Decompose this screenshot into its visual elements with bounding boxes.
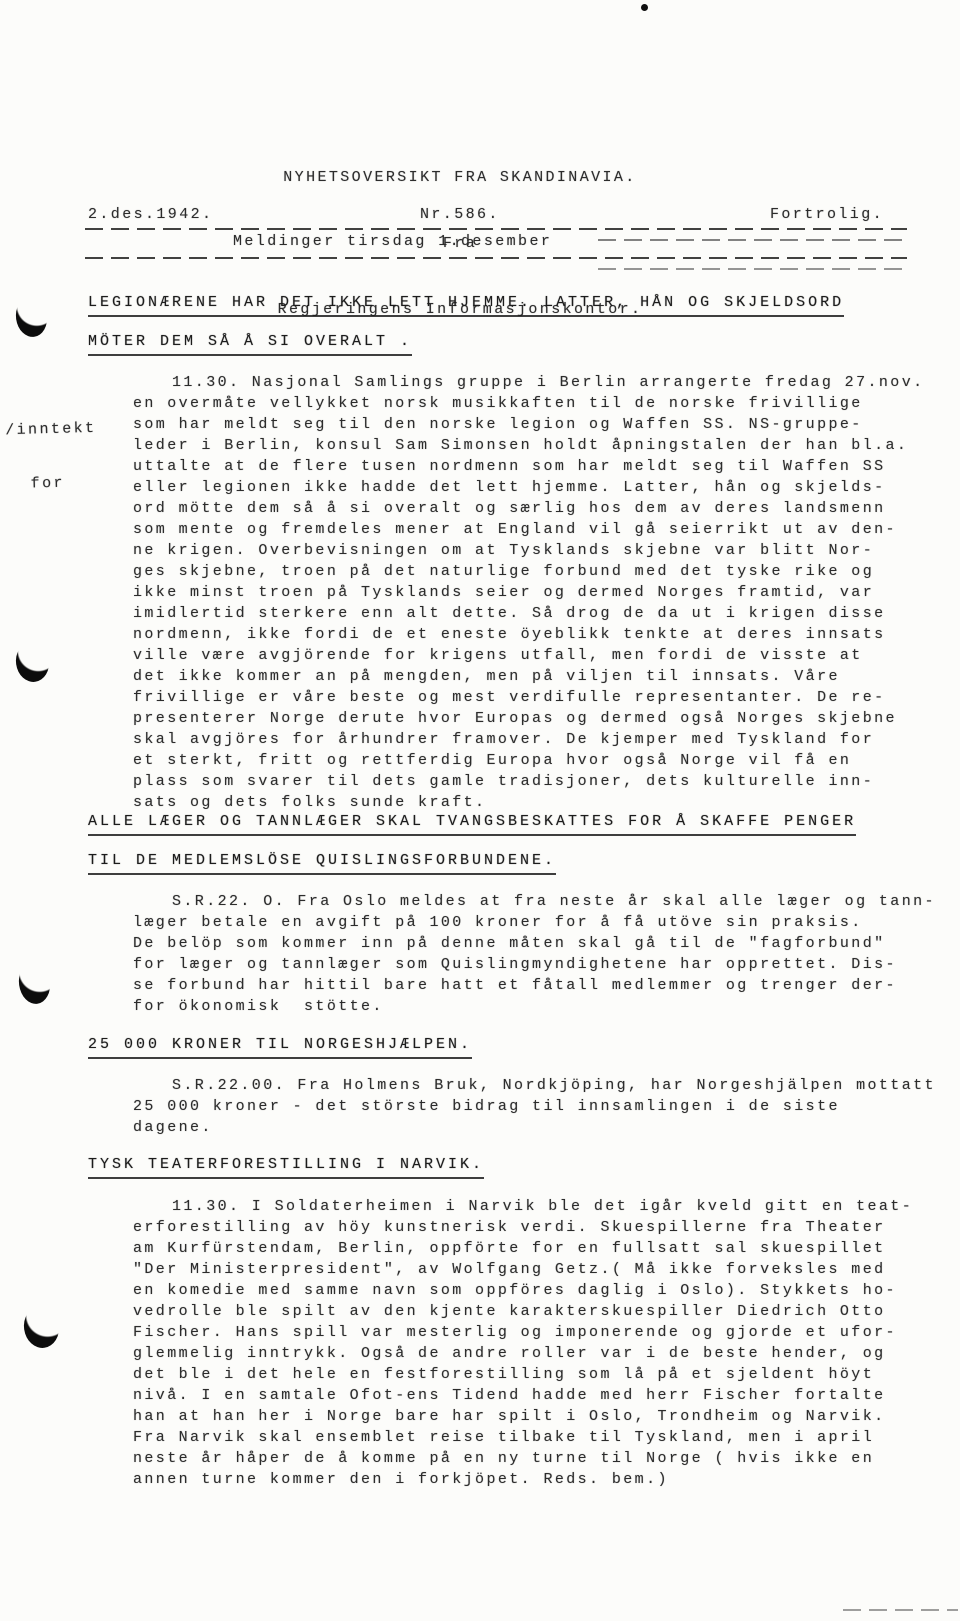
section-heading-teater: TYSK TEATERFORESTILLING I NARVIK. [88, 1155, 484, 1194]
body-line: ges skjebne, troen på det naturlige forb… [133, 561, 925, 582]
body-line: 11.30. I Soldaterheimen i Narvik ble det… [133, 1196, 913, 1217]
body-line: han at han her i Norge bare har spilt i … [133, 1406, 913, 1427]
divider-dashed [843, 1609, 958, 1611]
ink-dot [641, 4, 648, 11]
heading-line: LEGIONÆRENE HAR DET IKKE LETT HJEMME. LA… [88, 293, 844, 317]
body-line: et sterkt, fritt og rettferdig Europa hv… [133, 750, 925, 771]
body-line: som mente og fremdeles mener at England … [133, 519, 925, 540]
body-line: det ikke kommer an på mengden, men på vi… [133, 666, 925, 687]
body-line: glemmelig inntrykk. Også de andre roller… [133, 1343, 913, 1364]
body-line: am Kurfürstendam, Berlin, oppförte for e… [133, 1238, 913, 1259]
body-line: som har meldt seg til den norske legion … [133, 414, 925, 435]
body-line: Fischer. Hans spill var mesterlig og imp… [133, 1322, 913, 1343]
section-heading-laeger: ALLE LÆGER OG TANNLÆGER SKAL TVANGSBESKA… [88, 812, 856, 890]
body-line: uttalte at de flere tusen nordmenn som h… [133, 456, 925, 477]
margin-annotation-line: for [30, 474, 98, 494]
body-line: frivillige er våre beste og mest verdifu… [133, 687, 925, 708]
body-line: det ble i det hele en festforestilling s… [133, 1364, 913, 1385]
heading-line: 25 000 KRONER TIL NORGESHJÆLPEN. [88, 1035, 472, 1059]
body-line: skal avgjöres for århundrer framover. De… [133, 729, 925, 750]
section-body-laeger: S.R.22. O. Fra Oslo meldes at fra neste … [133, 891, 936, 1017]
body-line: ville være avgjörende for krigens utfall… [133, 645, 925, 666]
body-line: sats og dets folks sunde kraft. [133, 792, 925, 813]
margin-annotation: /inntekt for [4, 384, 99, 530]
heading-line: ALLE LÆGER OG TANNLÆGER SKAL TVANGSBESKA… [88, 812, 856, 836]
body-line: S.R.22. O. Fra Oslo meldes at fra neste … [133, 891, 936, 912]
body-line: ne krigen. Overbevisningen om at Tysklan… [133, 540, 925, 561]
body-line: for ökonomisk stötte. [133, 996, 936, 1017]
body-line: en overmåte vellykket norsk musikkaften … [133, 393, 925, 414]
body-line: se forbund har hittil bare hatt et fåtal… [133, 975, 936, 996]
divider-dashed [85, 257, 907, 259]
heading-line: TIL DE MEDLEMSLÖSE QUISLINGSFORBUNDENE. [88, 851, 556, 875]
body-line: 11.30. Nasjonal Samlings gruppe i Berlin… [133, 372, 925, 393]
body-line: leder i Berlin, konsul Sam Simonsen hold… [133, 435, 925, 456]
ink-crescent-mark [21, 1304, 62, 1350]
body-line: S.R.22.00. Fra Holmens Bruk, Nordkjöping… [133, 1075, 936, 1096]
heading-line: TYSK TEATERFORESTILLING I NARVIK. [88, 1155, 484, 1179]
body-line: eller legionen ikke hadde det lett hjemm… [133, 477, 925, 498]
body-line: erforestilling av höy kunstnerisk verdi.… [133, 1217, 913, 1238]
ink-crescent-mark [16, 960, 53, 1006]
body-line: for læger og tannlæger som Quislingmyndi… [133, 954, 936, 975]
body-line: nivå. I en samtale Ofot-ens Tidend hadde… [133, 1385, 913, 1406]
divider-dashed [598, 268, 906, 270]
heading-line: MÖTER DEM SÅ Å SI OVERALT . [88, 332, 412, 356]
body-line: plass som svarer til dets gamle tradisjo… [133, 771, 925, 792]
margin-annotation-line: /inntekt [5, 420, 97, 440]
body-line: ord mötte dem så å si overalt og særlig … [133, 498, 925, 519]
body-line: læger betale en avgift på 100 kroner for… [133, 912, 936, 933]
scanned-news-bulletin-page: NYHETSOVERSIKT FRA SKANDINAVIA. Fra Regj… [0, 0, 960, 1621]
section-heading-norgeshjaelpen: 25 000 KRONER TIL NORGESHJÆLPEN. [88, 1035, 472, 1074]
classification-label: Fortrolig. [770, 204, 884, 225]
body-line: vedrolle ble spilt av den kjente karakte… [133, 1301, 913, 1322]
section-heading-legionaerene: LEGIONÆRENE HAR DET IKKE LETT HJEMME. LA… [88, 293, 844, 371]
body-line: neste år håper de å komme på en ny turne… [133, 1448, 913, 1469]
body-line: en komedie med samme navn som oppföres d… [133, 1280, 913, 1301]
section-body-legionaerene: 11.30. Nasjonal Samlings gruppe i Berlin… [133, 372, 925, 813]
body-line: 25 000 kroner - det störste bidrag til i… [133, 1096, 936, 1117]
body-line: presenterer Norge derute hvor Europas og… [133, 708, 925, 729]
issue-date: 2.des.1942. [88, 204, 213, 225]
body-line: Fra Narvik skal ensemblet reise tilbake … [133, 1427, 913, 1448]
body-line: annen turne kommer den i forkjöpet. Reds… [133, 1469, 913, 1490]
body-line: "Der Ministerpresident", av Wolfgang Get… [133, 1259, 913, 1280]
body-line: dagene. [133, 1117, 936, 1138]
divider-dashed [598, 239, 906, 241]
body-line: De belöp som kommer inn på denne måten s… [133, 933, 936, 954]
body-line: nordmenn, ikke fordi de et eneste öyebli… [133, 624, 925, 645]
section-body-teater: 11.30. I Soldaterheimen i Narvik ble det… [133, 1196, 913, 1490]
section-body-norgeshjaelpen: S.R.22.00. Fra Holmens Bruk, Nordkjöping… [133, 1075, 936, 1138]
body-line: imidlertid sterkere enn alt dette. Så dr… [133, 603, 925, 624]
issue-number: Nr.586. [420, 204, 500, 225]
body-line: ikke minst troen på Tysklands seier og d… [133, 582, 925, 603]
ink-crescent-mark [13, 640, 51, 684]
masthead-title: NYHETSOVERSIKT FRA SKANDINAVIA. [0, 166, 940, 190]
issue-subtitle: Meldinger tirsdag 1.desember [233, 231, 552, 252]
